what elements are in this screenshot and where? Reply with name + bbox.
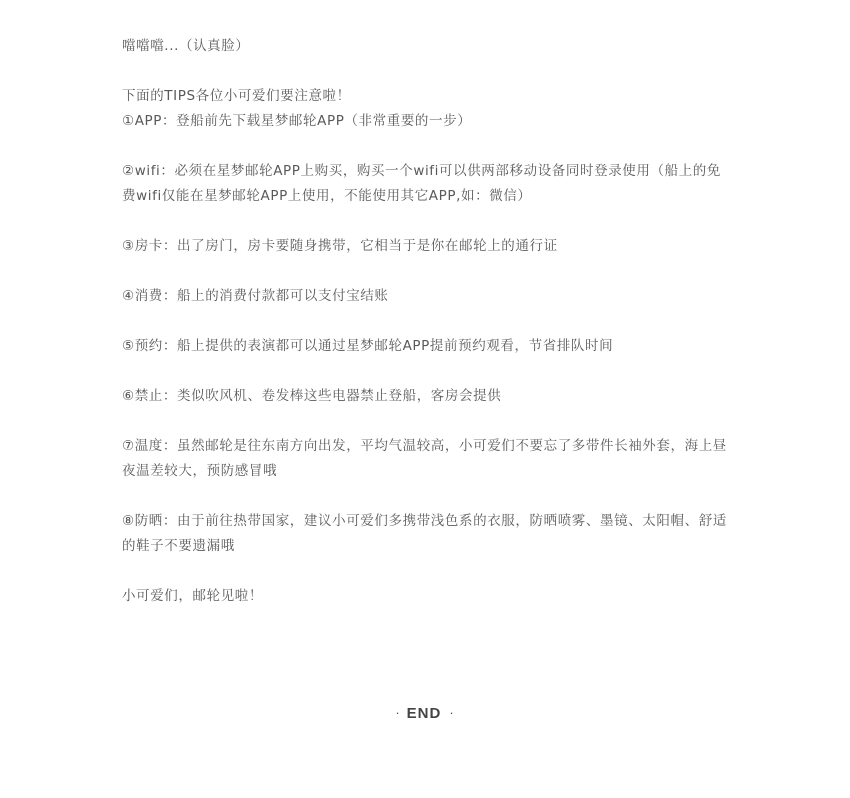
tip-text: 温度：虽然邮轮是往东南方向出发，平均气温较高，小可爱们不要忘了多带件长袖外套，海… <box>122 438 727 479</box>
tip-marker: ② <box>122 163 135 179</box>
tip-item-4: ④消费：船上的消费付款都可以支付宝结账 <box>122 284 728 309</box>
tip-marker: ③ <box>122 238 135 254</box>
tip-marker: ⑤ <box>122 338 135 354</box>
tip-marker: ⑧ <box>122 513 135 529</box>
intro-line: 噹噹噹...（认真脸） <box>122 34 728 59</box>
tip-item-7: ⑦温度：虽然邮轮是往东南方向出发，平均气温较高，小可爱们不要忘了多带件长袖外套，… <box>122 434 728 484</box>
tip-text: 消费：船上的消费付款都可以支付宝结账 <box>135 288 389 304</box>
tip-item-5: ⑤预约：船上提供的表演都可以通过星梦邮轮APP提前预约观看，节省排队时间 <box>122 334 728 359</box>
tip-text: APP：登船前先下载星梦邮轮APP（非常重要的一步） <box>135 113 472 129</box>
spacer <box>122 484 728 509</box>
tip-marker: ⑥ <box>122 388 135 404</box>
end-marker: ·END· <box>0 705 850 722</box>
tip-item-1: ①APP：登船前先下载星梦邮轮APP（非常重要的一步） <box>122 109 728 134</box>
end-label: END <box>407 705 442 722</box>
tip-item-3: ③房卡：出了房门，房卡要随身携带，它相当于是你在邮轮上的通行证 <box>122 234 728 259</box>
closing-line: 小可爱们，邮轮见啦！ <box>122 584 728 609</box>
tip-text: 房卡：出了房门，房卡要随身携带，它相当于是你在邮轮上的通行证 <box>135 238 558 254</box>
tip-item-2: ②wifi：必须在星梦邮轮APP上购买，购买一个wifi可以供两部移动设备同时登… <box>122 159 728 209</box>
spacer <box>122 59 728 84</box>
dot-right-icon: · <box>449 705 454 720</box>
spacer <box>122 309 728 334</box>
tip-text: 预约：船上提供的表演都可以通过星梦邮轮APP提前预约观看，节省排队时间 <box>135 338 614 354</box>
tips-heading: 下面的TIPS各位小可爱们要注意啦！ <box>122 84 728 109</box>
tip-item-8: ⑧防晒：由于前往热带国家，建议小可爱们多携带浅色系的衣服，防晒喷雾、墨镜、太阳帽… <box>122 509 728 559</box>
spacer <box>122 259 728 284</box>
spacer <box>122 134 728 159</box>
tip-text: wifi：必须在星梦邮轮APP上购买，购买一个wifi可以供两部移动设备同时登录… <box>122 163 721 204</box>
spacer <box>122 359 728 384</box>
tip-text: 防晒：由于前往热带国家，建议小可爱们多携带浅色系的衣服，防晒喷雾、墨镜、太阳帽、… <box>122 513 727 554</box>
dot-left-icon: · <box>395 705 400 720</box>
article-body: 噹噹噹...（认真脸） 下面的TIPS各位小可爱们要注意啦！ ①APP：登船前先… <box>122 34 728 609</box>
tip-item-6: ⑥禁止：类似吹风机、卷发棒这些电器禁止登船，客房会提供 <box>122 384 728 409</box>
tip-text: 禁止：类似吹风机、卷发棒这些电器禁止登船，客房会提供 <box>135 388 502 404</box>
spacer <box>122 409 728 434</box>
spacer <box>122 209 728 234</box>
tip-marker: ④ <box>122 288 135 304</box>
tip-marker: ⑦ <box>122 438 135 454</box>
tip-marker: ① <box>122 113 135 129</box>
spacer <box>122 559 728 584</box>
